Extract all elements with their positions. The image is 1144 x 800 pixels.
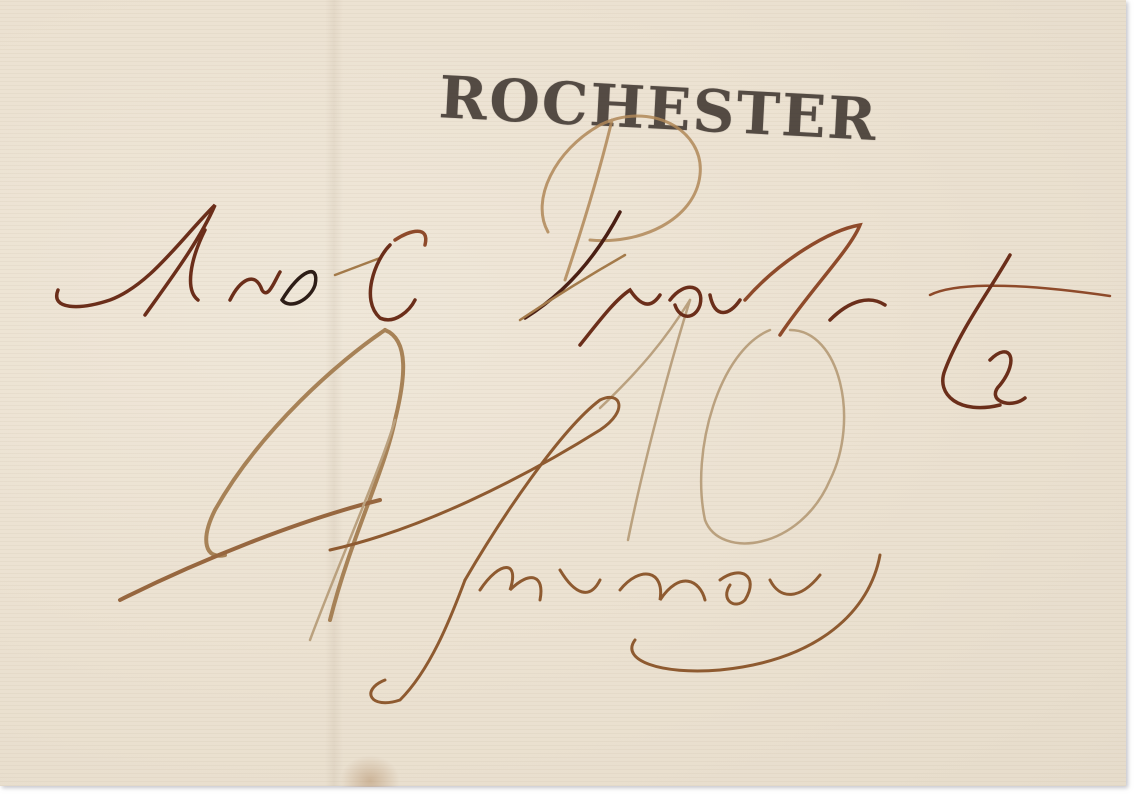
- rate-4-strokes: [120, 330, 403, 640]
- letter-cover: ROCHESTER Mess.rs C. Priaulx & Co Guerns…: [0, 0, 1126, 786]
- handwriting-layer: [0, 0, 1126, 786]
- address-line-1-strokes: [57, 205, 426, 320]
- rate-10-strokes: [600, 300, 844, 543]
- address-line-2-strokes: [330, 397, 880, 702]
- paid-mark-strokes: [542, 116, 700, 280]
